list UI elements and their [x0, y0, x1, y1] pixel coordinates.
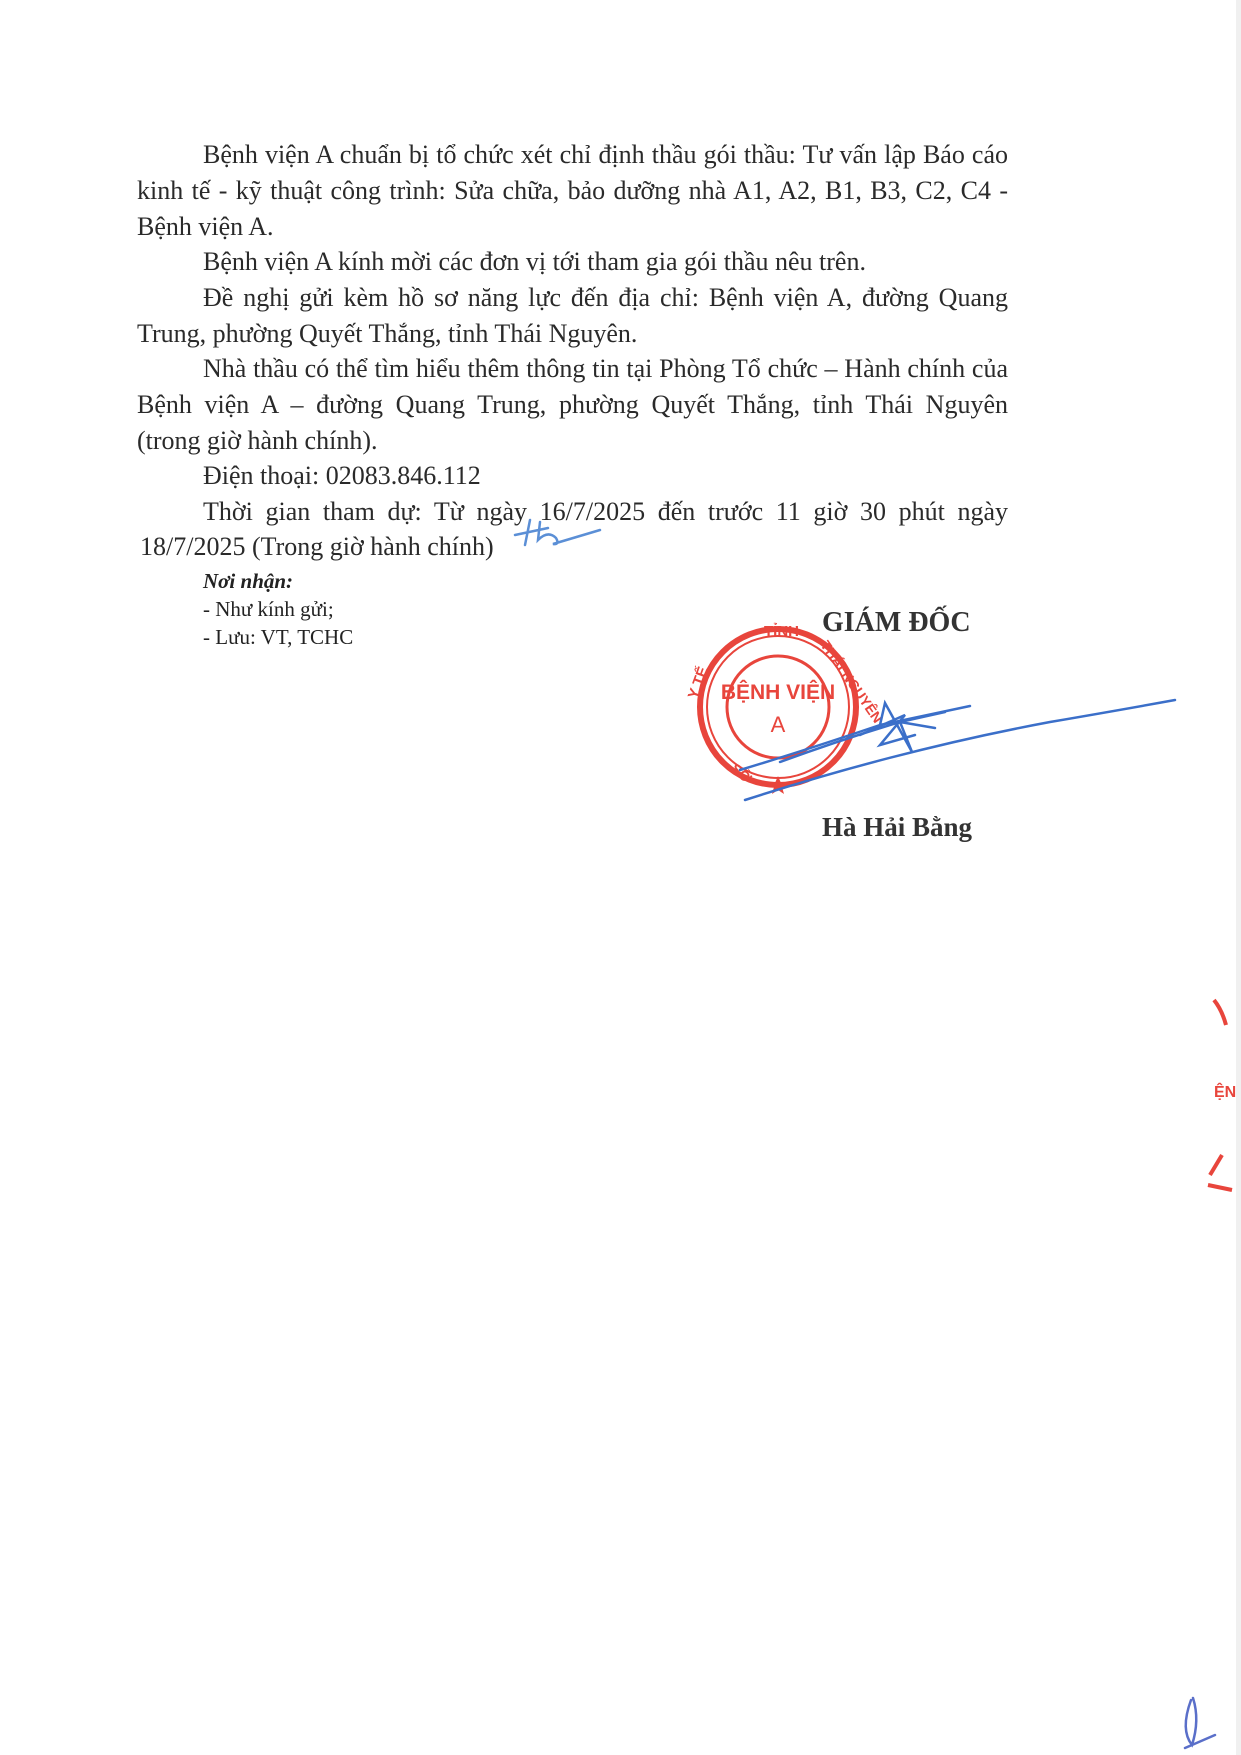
svg-text:BỆNH VIỆN: BỆNH VIỆN — [721, 680, 835, 704]
official-stamp-icon: TỈNH Y TẾ THÁI NGUYÊN SỞ BỆNH VIỆN A — [685, 623, 887, 794]
page-initial-icon — [1185, 1698, 1215, 1748]
stamps-and-signatures: TỈNH Y TẾ THÁI NGUYÊN SỞ BỆNH VIỆN A ỆN — [0, 0, 1241, 1755]
svg-text:TỈNH: TỈNH — [764, 623, 799, 640]
svg-text:ỆN: ỆN — [1214, 1082, 1236, 1101]
initial-mark-icon — [515, 520, 600, 545]
document-page: Bệnh viện A chuẩn bị tổ chức xét chỉ địn… — [0, 0, 1241, 1755]
signature-icon — [740, 700, 1175, 800]
svg-text:A: A — [771, 712, 786, 737]
partial-stamp-icon: ỆN — [1208, 1000, 1236, 1190]
